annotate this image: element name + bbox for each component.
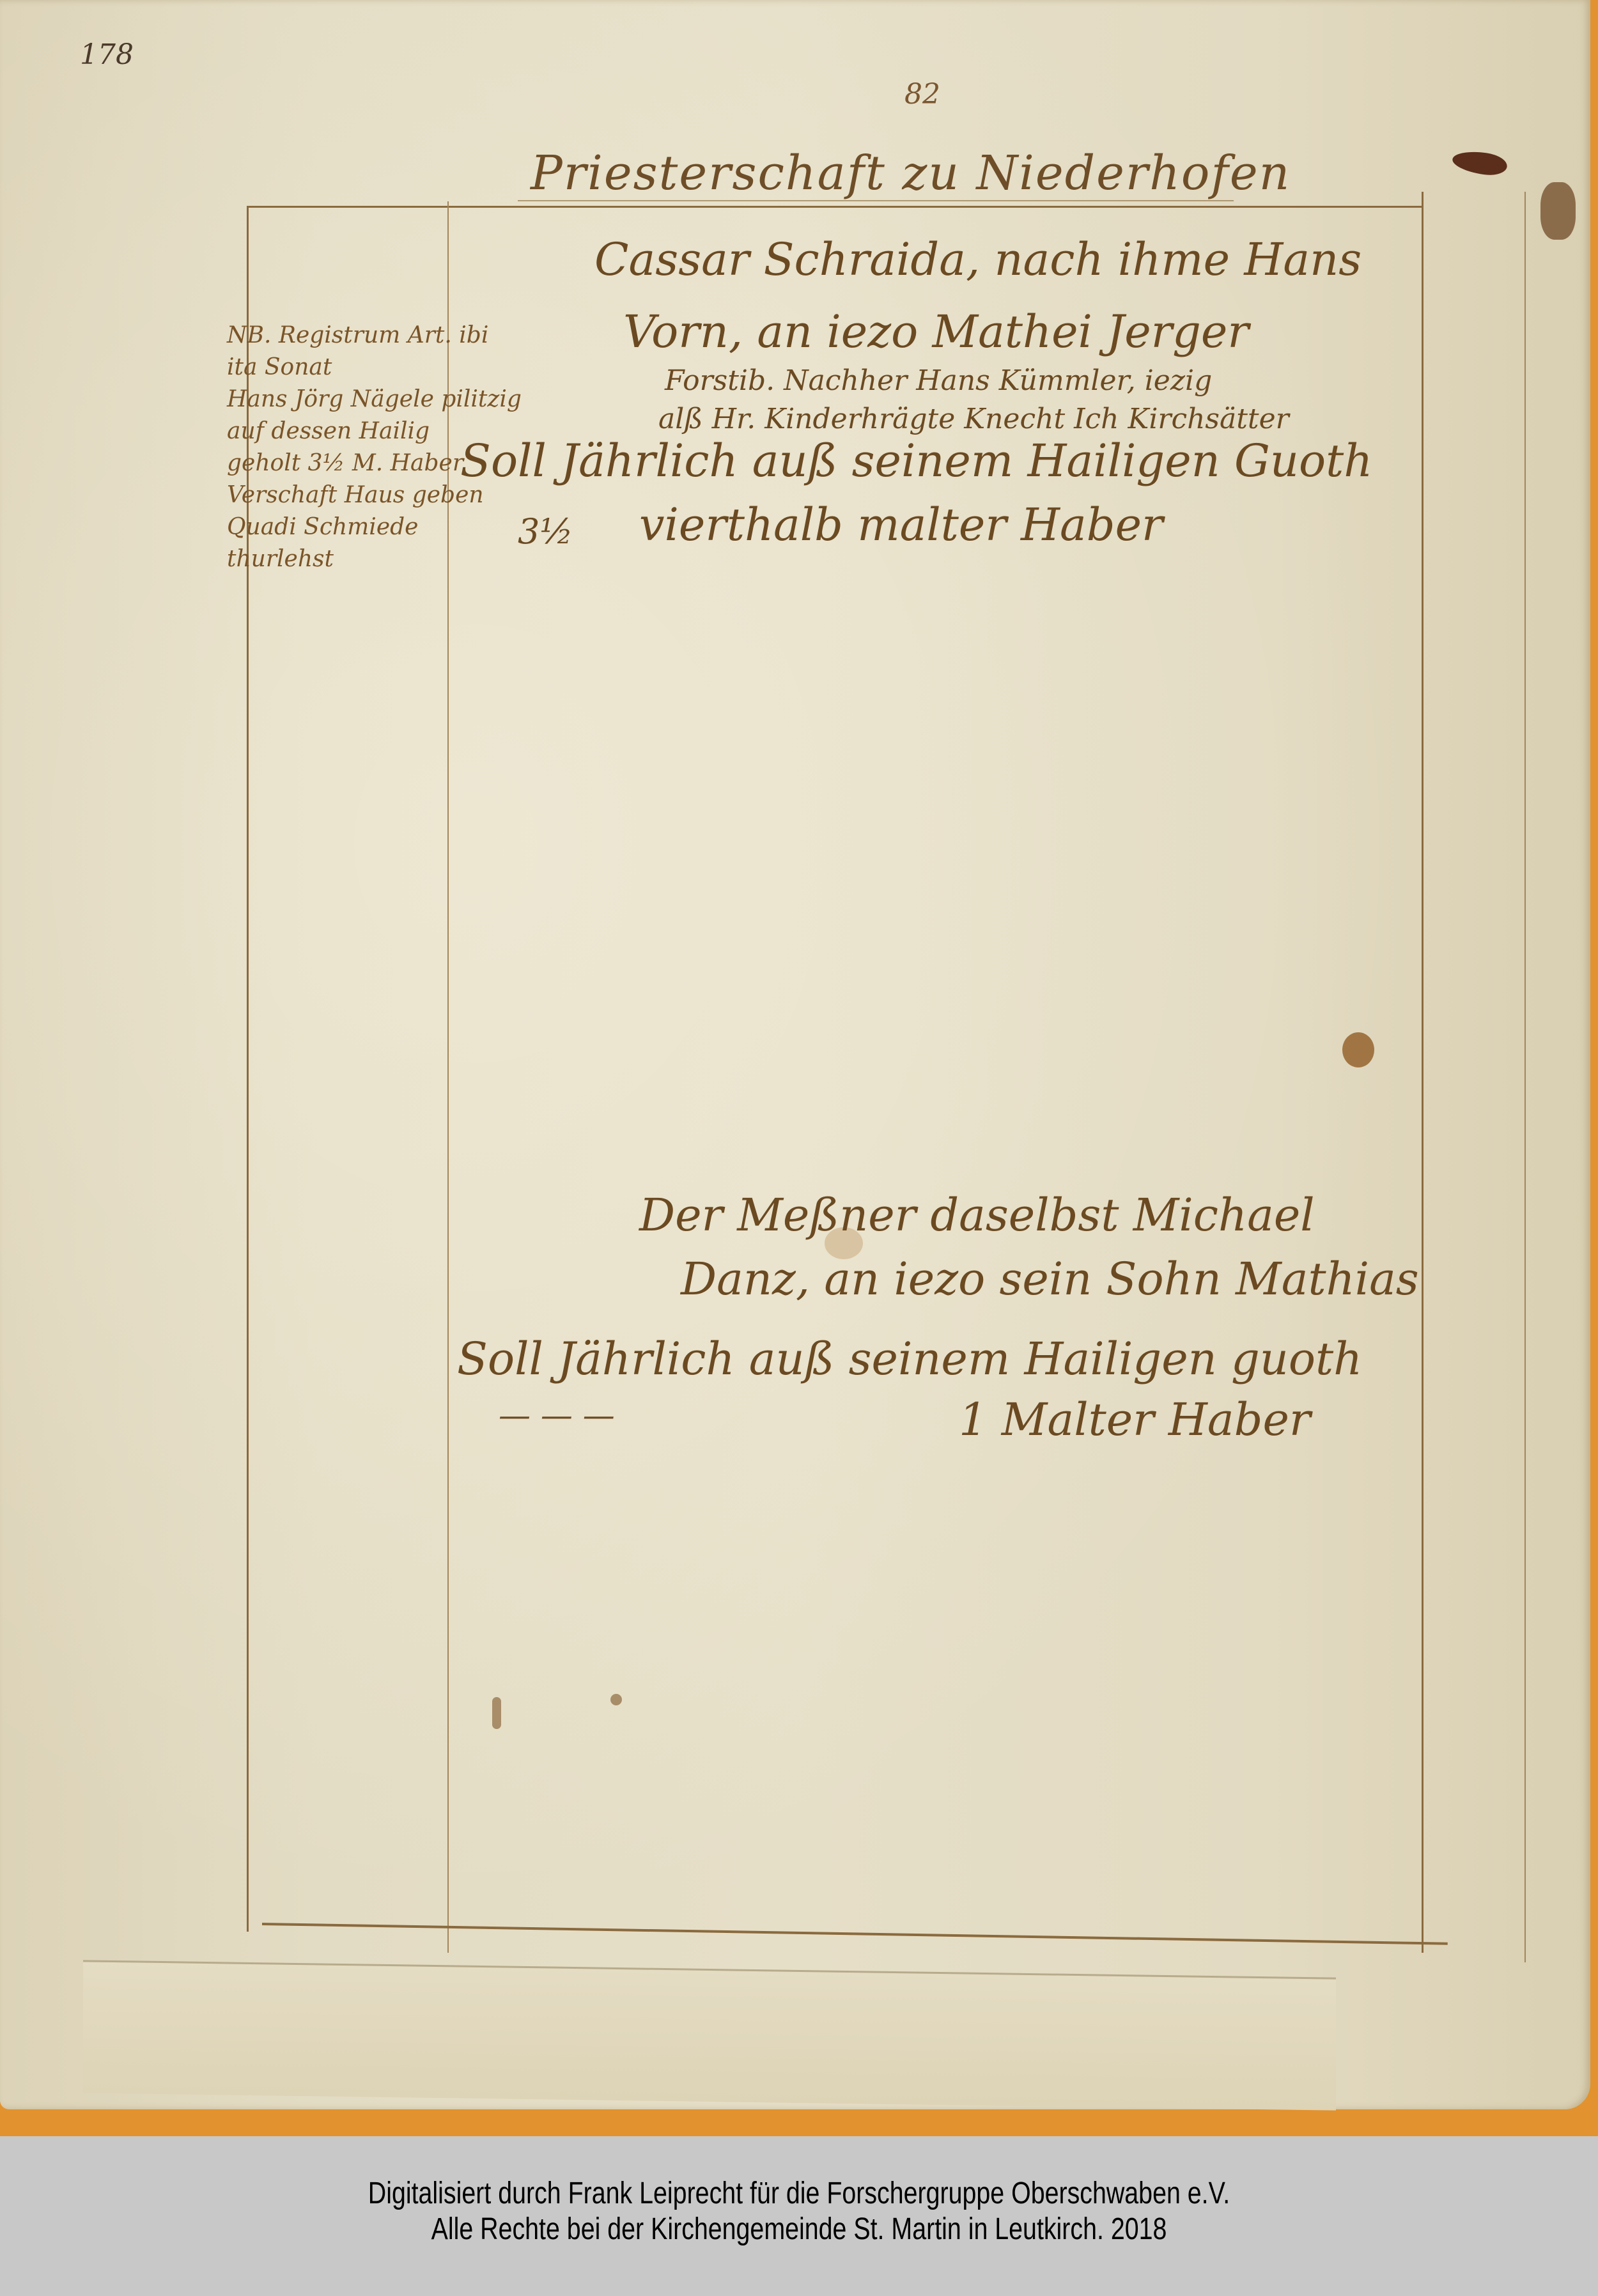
- entry1-obligation: Soll Jährlich auß seinem Hailigen Guoth: [460, 435, 1372, 487]
- entry2-dashes: — — —: [499, 1397, 615, 1434]
- ink-stain-right: [1540, 182, 1576, 240]
- margin-note-line: Hans Jörg Nägele pilitzig: [227, 384, 522, 415]
- entry1-line2: Vorn, an iezo Mathei Jerger: [623, 306, 1249, 358]
- entry2-line1: Der Meßner daselbst Michael: [639, 1189, 1315, 1241]
- folio-number: 178: [80, 38, 134, 71]
- caption-line-2: Alle Rechte bei der Kirchengemeinde St. …: [144, 2212, 1454, 2247]
- entry1-line1: Cassar Schraida, nach ihme Hans: [594, 233, 1361, 286]
- entry1-amount-numeral: 3½: [518, 511, 573, 552]
- margin-note-line: NB. Registrum Art. ibi: [227, 320, 522, 352]
- frame-bottom-rule: [262, 1923, 1448, 1945]
- entry1-amount-text: vierthalb malter Haber: [639, 499, 1163, 551]
- ink-stain-middle: [1342, 1032, 1374, 1067]
- lower-paper-flap: [83, 1960, 1336, 2110]
- ink-specks-bottom: [492, 1697, 501, 1729]
- frame-top-rule: [248, 206, 1423, 208]
- entry2-amount-text: 1 Malter Haber: [959, 1393, 1310, 1446]
- margin-note-line: ita Sonat: [227, 352, 522, 384]
- digitization-caption: Digitalisiert durch Frank Leiprecht für …: [0, 2136, 1598, 2296]
- entry2-obligation: Soll Jährlich auß seinem Hailigen guoth: [457, 1333, 1362, 1385]
- caption-line-1: Digitalisiert durch Frank Leiprecht für …: [144, 2176, 1454, 2211]
- page-title: Priesterschaft zu Niederhofen: [531, 146, 1291, 201]
- page-number: 82: [904, 78, 940, 111]
- margin-note-line: thurlehst: [227, 543, 522, 575]
- outer-right-rule: [1524, 192, 1526, 1962]
- frame-right-rule: [1422, 192, 1423, 1953]
- entry1-interlinear-1: Forstib. Nachher Hans Kümmler, iezig: [665, 364, 1212, 397]
- entry2-line2: Danz, an iezo sein Sohn Mathias: [681, 1253, 1419, 1305]
- ink-specks-bottom-2: [610, 1694, 622, 1705]
- margin-note-line: Quadi Schmiede: [227, 511, 522, 543]
- entry1-interlinear-2: alß Hr. Kinderhrägte Knecht Ich Kirchsät…: [658, 403, 1289, 435]
- ink-blot: [1451, 148, 1509, 178]
- manuscript-page: 178 82 Priesterschaft zu Niederhofen NB.…: [0, 0, 1590, 2109]
